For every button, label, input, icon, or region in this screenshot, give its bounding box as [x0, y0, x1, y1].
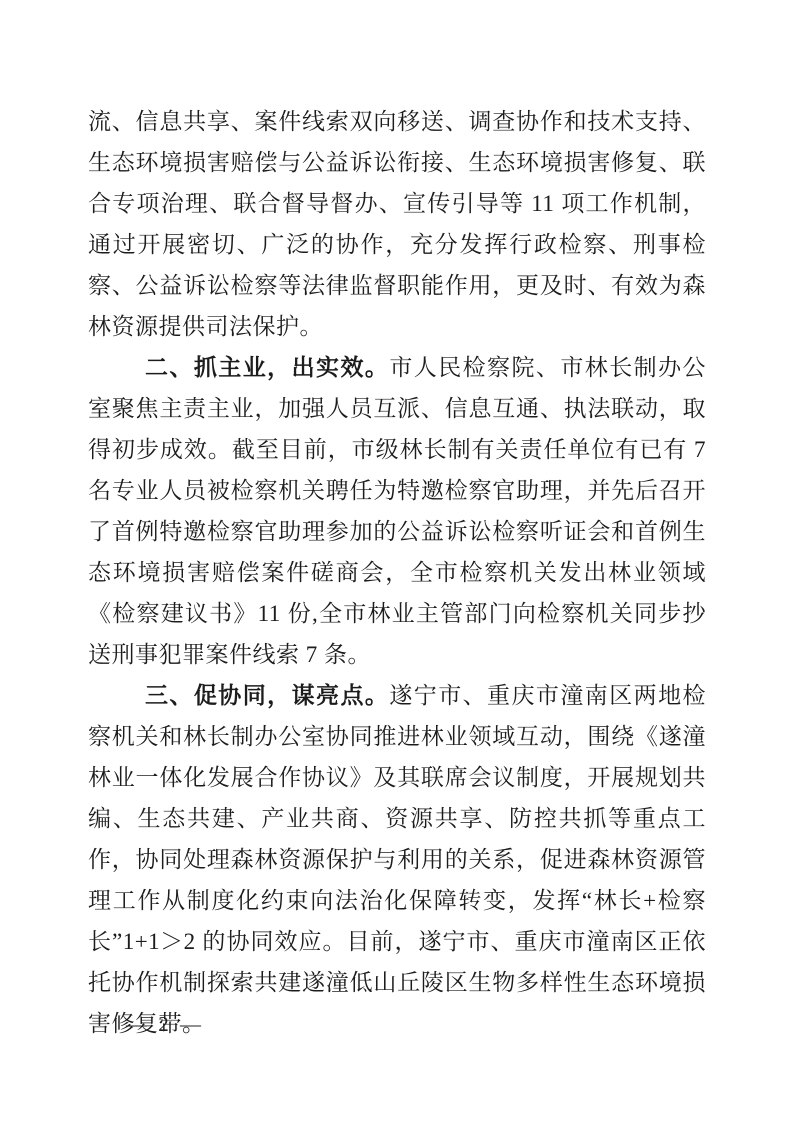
paragraph-text: 市人民检察院、市林长制办公室聚焦主责主业，加强人员互派、信息互通、执法联动，取得… — [88, 355, 706, 667]
paragraph-text: 遂宁市、重庆市潼南区两地检察机关和林长制办公室协同推进林业领域互动，围绕《遂潼林… — [88, 683, 706, 1036]
paragraph-section-2: 二、抓主业，出实效。市人民检察院、市林长制办公室聚焦主责主业，加强人员互派、信息… — [88, 347, 706, 675]
paragraph-text: 流、信息共享、案件线索双向移送、调查协作和技术支持、生态环境损害赔偿与公益诉讼衔… — [88, 109, 706, 339]
paragraph-section-3: 三、促协同，谋亮点。遂宁市、重庆市潼南区两地检察机关和林长制办公室协同推进林业领… — [88, 675, 706, 1044]
section-heading: 二、抓主业，出实效。 — [145, 354, 389, 380]
document-page: 流、信息共享、案件线索双向移送、调查协作和技术支持、生态环境损害赔偿与公益诉讼衔… — [0, 0, 793, 1122]
section-heading: 三、促协同，谋亮点。 — [145, 682, 389, 708]
page-number: — 2 — — [126, 1012, 204, 1037]
paragraph-continuation: 流、信息共享、案件线索双向移送、调查协作和技术支持、生态环境损害赔偿与公益诉讼衔… — [88, 101, 706, 347]
document-body: 流、信息共享、案件线索双向移送、调查协作和技术支持、生态环境损害赔偿与公益诉讼衔… — [88, 101, 706, 1044]
